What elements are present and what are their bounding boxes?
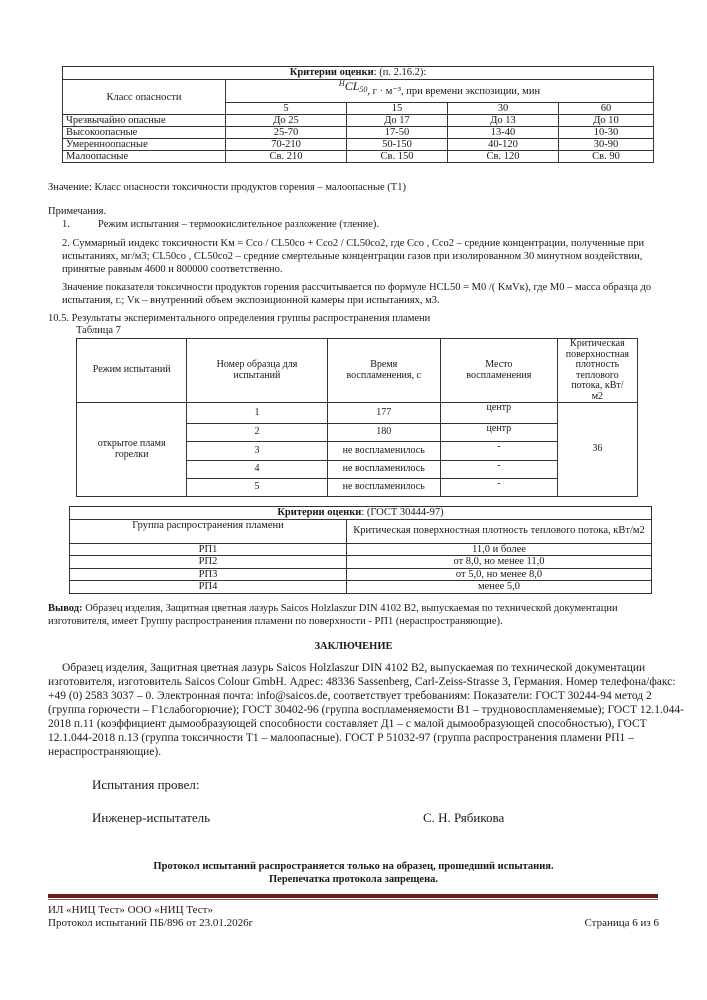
- test-mode: открытое пламя горелки: [77, 403, 187, 497]
- footer-org: ИЛ «НИЦ Тест» ООО «НИЦ Тест»: [48, 904, 213, 917]
- header-place: Место воспламенения: [440, 339, 557, 403]
- table-row: Малоопасные Св. 210 Св. 150 Св. 120 Св. …: [63, 151, 654, 163]
- table-row: Умеренноопасные 70-210 50-150 40-120 30-…: [63, 139, 654, 151]
- footer-divider-thin: [48, 899, 658, 900]
- table-row: РП2 от 8,0, но менее 11,0: [70, 556, 652, 569]
- table-caption: Критерии оценки: (п. 2.16.2):: [63, 67, 654, 80]
- performed-by-label: Испытания провел:: [92, 777, 200, 793]
- exposure-5: 5: [226, 103, 347, 115]
- signer-name: С. Н. Рябикова: [423, 810, 504, 826]
- table-row: Высокоопасные 25-70 17-50 13-40 10-30: [63, 127, 654, 139]
- header-critical-flux: Критическая поверхностная плотность тепл…: [557, 339, 637, 403]
- conclusion-text: Образец изделия, Защитная цветная лазурь…: [48, 661, 688, 759]
- header-time: Время воспламенения, с: [327, 339, 440, 403]
- header-mode: Режим испытаний: [77, 339, 187, 403]
- disclaimer-line-1: Протокол испытаний распространяется толь…: [0, 860, 707, 873]
- table-label: Таблица 7: [76, 324, 121, 337]
- toxicity-result: Значение: Класс опасности токсичности пр…: [48, 181, 406, 194]
- note-1: Режим испытания – термоокислительное раз…: [98, 218, 379, 231]
- header-sample: Номер образца для испытаний: [187, 339, 327, 403]
- footer-page-number: Страница 6 из 6: [584, 917, 659, 930]
- footer-divider: [48, 894, 658, 898]
- flame-spread-results-table: Режим испытаний Номер образца для испыта…: [76, 338, 638, 497]
- disclaimer: Протокол испытаний распространяется толь…: [0, 860, 707, 886]
- toxicity-criteria-table: Критерии оценки: (п. 2.16.2): Класс опас…: [62, 66, 654, 163]
- header-group: Группа распространения пламени: [70, 519, 347, 543]
- exposure-15: 15: [347, 103, 448, 115]
- note-3: Значение показателя токсичности продукто…: [62, 281, 672, 307]
- flame-criteria-table: Критерии оценки: (ГОСТ 30444-97) Группа …: [69, 506, 652, 594]
- table-row: РП1 11,0 и более: [70, 543, 652, 556]
- header-flux: Критическая поверхностная плотность тепл…: [347, 519, 652, 543]
- conclusion-short: Вывод: Образец изделия, Защитная цветная…: [48, 602, 668, 628]
- table-row: Чрезвычайно опасные До 25 До 17 До 13 До…: [63, 115, 654, 127]
- notes-title: Примечания.: [48, 205, 106, 218]
- footer-protocol: Протокол испытаний ПБ/896 от 23.01.2026г: [48, 917, 253, 930]
- exposure-30: 30: [448, 103, 559, 115]
- conclusion-title: ЗАКЛЮЧЕНИЕ: [0, 640, 707, 653]
- table-caption: Критерии оценки: (ГОСТ 30444-97): [70, 507, 652, 520]
- critical-flux-value: 36: [557, 403, 637, 497]
- disclaimer-line-2: Перепечатка протокола запрещена.: [0, 873, 707, 886]
- signer-position: Инженер-испытатель: [92, 810, 210, 826]
- metric-header: HHCLCL50, г · м⁻³, при времени экспозици…: [226, 80, 654, 103]
- note-2: 2. Суммарный индекс токсичности Kм = Cco…: [62, 237, 662, 276]
- table-row: РП3 от 5,0, но менее 8,0: [70, 568, 652, 581]
- table-row: открытое пламя горелки 1 177 центр 36: [77, 403, 638, 424]
- note-1-number: 1.: [62, 218, 70, 231]
- table-row: РП4 менее 5,0: [70, 581, 652, 594]
- class-header: Класс опасности: [63, 80, 226, 115]
- exposure-60: 60: [559, 103, 654, 115]
